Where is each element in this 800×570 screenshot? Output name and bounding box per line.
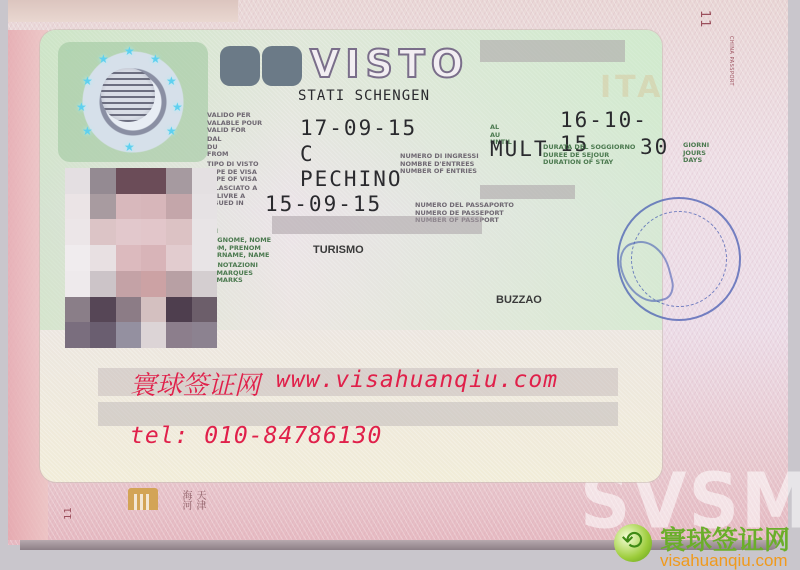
star-icon: ★ <box>82 124 93 138</box>
entries: MULT <box>490 137 549 161</box>
issued-in: PECHINO <box>300 167 403 191</box>
issued-on: 15-09-15 <box>265 192 382 216</box>
label-from: DAL DU FROM <box>207 136 228 159</box>
label-entries: NUMERO DI INGRESSI NOMBRE D'ENTREES NUMB… <box>400 153 479 176</box>
signature-name: BUZZAO <box>496 294 542 306</box>
visto-shape <box>220 46 260 86</box>
page-number: 11 <box>697 10 712 29</box>
redacted-name <box>272 216 482 234</box>
country-mark: ITA <box>600 70 665 105</box>
label-days: GIORNI JOURS DAYS <box>683 142 709 165</box>
star-icon: ★ <box>124 44 135 58</box>
bottom-page-number: 11 <box>63 507 74 520</box>
redacted-photo <box>65 168 217 348</box>
valid-from: 17-09-15 <box>300 116 417 140</box>
page-label: CHINA PASSPORT <box>728 36 734 86</box>
visa-type: C <box>300 142 315 166</box>
redacted-number <box>480 40 625 62</box>
star-icon: ★ <box>98 52 109 66</box>
star-icon: ★ <box>172 100 183 114</box>
star-icon: ★ <box>76 100 87 114</box>
eu-stars: ★ ★ ★ ★ ★ ★ ★ ★ ★ ★ <box>68 44 188 154</box>
redacted-passport-number <box>480 185 575 199</box>
star-icon: ★ <box>82 74 93 88</box>
visto-shape <box>262 46 302 86</box>
star-icon: ★ <box>166 74 177 88</box>
star-icon: ★ <box>150 52 161 66</box>
globe-arrows-icon <box>614 524 652 562</box>
remarks-value: TURISMO <box>313 244 364 256</box>
star-icon: ★ <box>124 140 135 154</box>
bottom-city: 天津 海河 <box>178 490 206 510</box>
label-valid-for: VALIDO PER VALABLE POUR VALID FOR <box>207 112 262 135</box>
bottom-city-line2: 海河 <box>178 490 192 510</box>
site-logo: 寰球签证网 visahuanqiu.com <box>610 520 800 570</box>
issuer: STATI SCHENGEN <box>298 88 430 104</box>
visa-title: VISTO <box>310 42 469 86</box>
bottom-city-line1: 天津 <box>192 490 206 510</box>
logo-url: visahuanqiu.com <box>660 551 788 570</box>
duration-days: 30 <box>640 135 669 159</box>
label-duration: DURATA DEL SOGGIORNO DUREE DE SEJOUR DUR… <box>543 144 635 167</box>
watermark-tel: tel: 010-84786130 <box>130 423 382 449</box>
watermark-brand: 寰球签证网 <box>130 365 260 402</box>
page-fold <box>8 0 238 22</box>
gate-icon <box>128 488 158 510</box>
watermark-url: www.visahuanqiu.com <box>276 367 558 393</box>
star-icon: ★ <box>166 124 177 138</box>
